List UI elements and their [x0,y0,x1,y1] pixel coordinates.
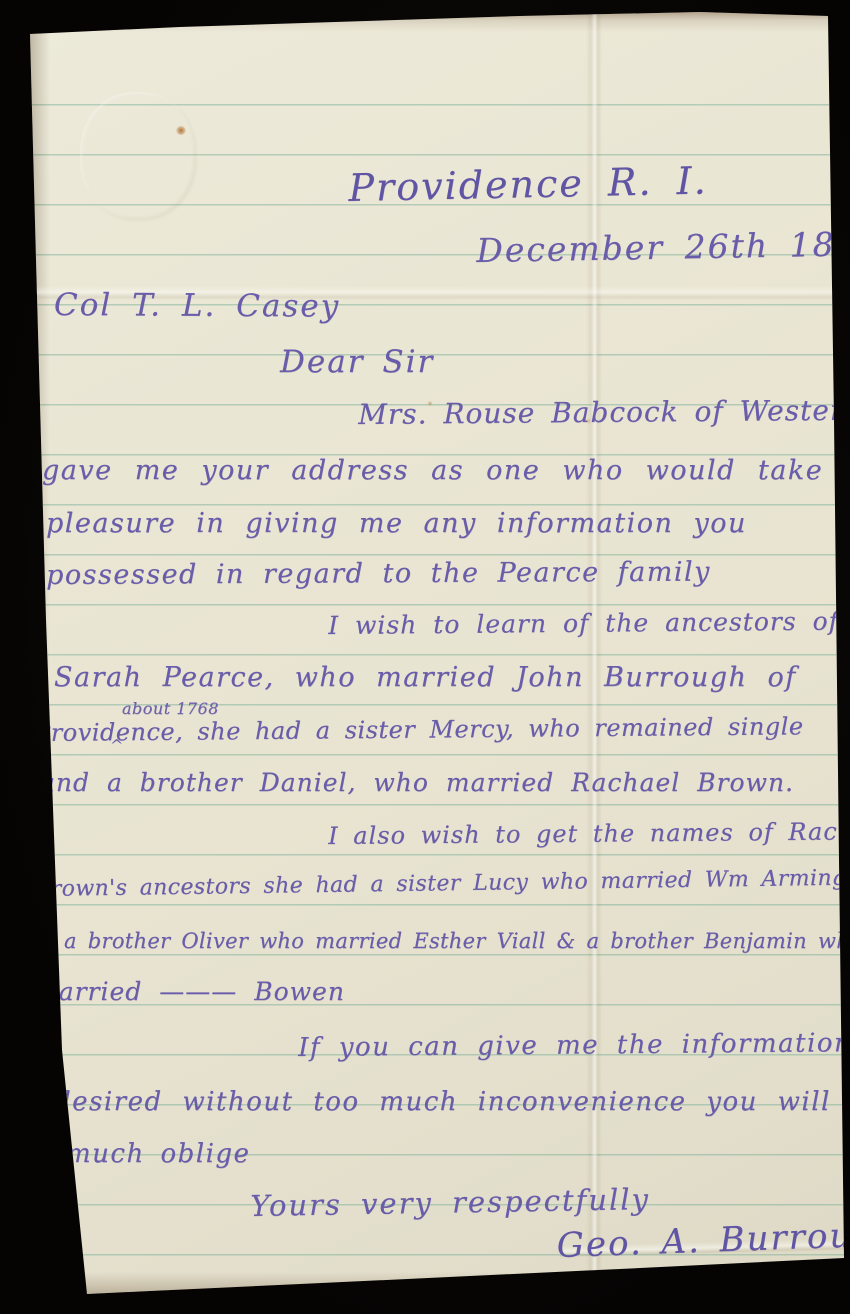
letter-body-line: gave me your address as one who would ta… [42,455,823,486]
embossed-seal-impression [80,92,196,220]
paper-top-edge-discoloration [20,6,840,32]
letter-body-line: I also wish to get the names of Rachael [328,817,850,850]
letter-sheet: ’ Providence R. I. December 26th 1878 Co… [0,0,850,1314]
letter-body-line: much oblige [66,1139,250,1169]
letter-body-line: I wish to learn of the ancestors of [328,607,839,640]
interlined-insertion: about 1768 [122,699,219,718]
letter-body-line: and a brother Daniel, who married Rachae… [40,768,794,797]
handwritten-line-date: December 26th 1878 [476,224,850,270]
foxing-spot [176,126,186,135]
handwritten-sender-address: 10 Cooke St. [574,1278,741,1306]
paper-bottom-edge-shading [60,1272,850,1296]
stray-ink-mark: ’ [38,845,44,866]
letter-body-line: possessed in regard to the Pearce family [46,557,711,591]
handwritten-line-place: Providence R. I. [348,158,708,210]
letter-body-line: married ——— Bowen [34,977,345,1006]
letter-body-line: pleasure in giving me any information yo… [46,508,747,539]
handwritten-line-salutation: Dear Sir [280,344,434,380]
letter-body-line: If you can give me the information [298,1028,850,1063]
scanned-letter-canvas: ’ Providence R. I. December 26th 1878 Co… [0,0,850,1314]
letter-body-line: Mrs. Rouse Babcock of Westerly [358,394,850,431]
letter-body-line: desired without too much inconvenience y… [54,1087,831,1117]
handwritten-line-closing: Yours very respectfully [250,1182,650,1223]
paper-left-edge-shading [24,20,50,1300]
letter-body-line: Sarah Pearce, who married John Burrough … [54,662,797,693]
letter-body-line: & a brother Oliver who married Esther Vi… [34,929,850,953]
handwritten-line-recipient: Col T. L. Casey [54,287,340,324]
